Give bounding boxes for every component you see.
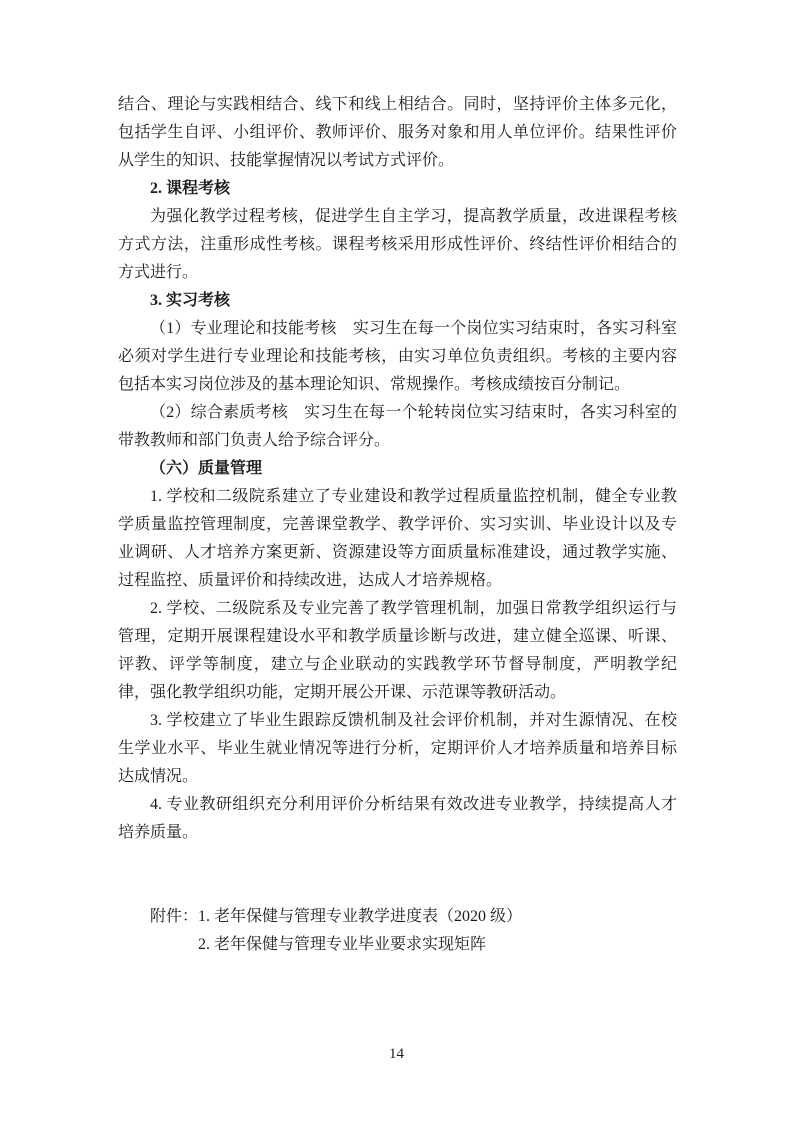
attachment-line-2: 2. 老年保健与管理专业毕业要求实现矩阵 <box>150 931 677 959</box>
paragraph-quality-management-2: 2. 学校、二级院系及专业完善了教学管理机制，加强日常教学组织运行与管理，定期开… <box>118 595 677 707</box>
page-number: 14 <box>0 1044 793 1064</box>
paragraph-course-assessment: 为强化教学过程考核，促进学生自主学习，提高教学质量，改进课程考核方式方法，注重形… <box>118 203 677 287</box>
document-body: 结合、理论与实践相结合、线下和线上相结合。同时，坚持评价主体多元化，包括学生自评… <box>118 91 677 959</box>
paragraph-evaluation-continued: 结合、理论与实践相结合、线下和线上相结合。同时，坚持评价主体多元化，包括学生自评… <box>118 91 677 175</box>
attachment-item-2: 2. 老年保健与管理专业毕业要求实现矩阵 <box>198 936 486 953</box>
paragraph-quality-management-3: 3. 学校建立了毕业生跟踪反馈机制及社会评价机制，并对生源情况、在校生学业水平、… <box>118 707 677 791</box>
heading-internship-assessment: 3. 实习考核 <box>118 287 677 315</box>
heading-quality-management: （六）质量管理 <box>118 455 677 483</box>
attachment-label: 附件： <box>150 908 198 925</box>
heading-course-assessment: 2. 课程考核 <box>118 175 677 203</box>
attachment-item-1: 1. 老年保健与管理专业教学进度表（2020 级） <box>198 908 522 925</box>
paragraph-comprehensive-quality-assessment: （2）综合素质考核 实习生在每一个轮转岗位实习结束时，各实习科室的带教教师和部门… <box>118 399 677 455</box>
paragraph-quality-management-4: 4. 专业教研组织充分利用评价分析结果有效改进专业教学，持续提高人才培养质量。 <box>118 791 677 847</box>
paragraph-quality-management-1: 1. 学校和二级院系建立了专业建设和教学过程质量监控机制，健全专业教学质量监控管… <box>118 483 677 595</box>
document-page: 结合、理论与实践相结合、线下和线上相结合。同时，坚持评价主体多元化，包括学生自评… <box>0 0 793 1122</box>
paragraph-theory-skill-assessment: （1）专业理论和技能考核 实习生在每一个岗位实习结束时，各实习科室必须对学生进行… <box>118 315 677 399</box>
attachment-line-1: 附件：1. 老年保健与管理专业教学进度表（2020 级） <box>150 903 677 931</box>
attachment-list: 附件：1. 老年保健与管理专业教学进度表（2020 级） 2. 老年保健与管理专… <box>118 903 677 959</box>
